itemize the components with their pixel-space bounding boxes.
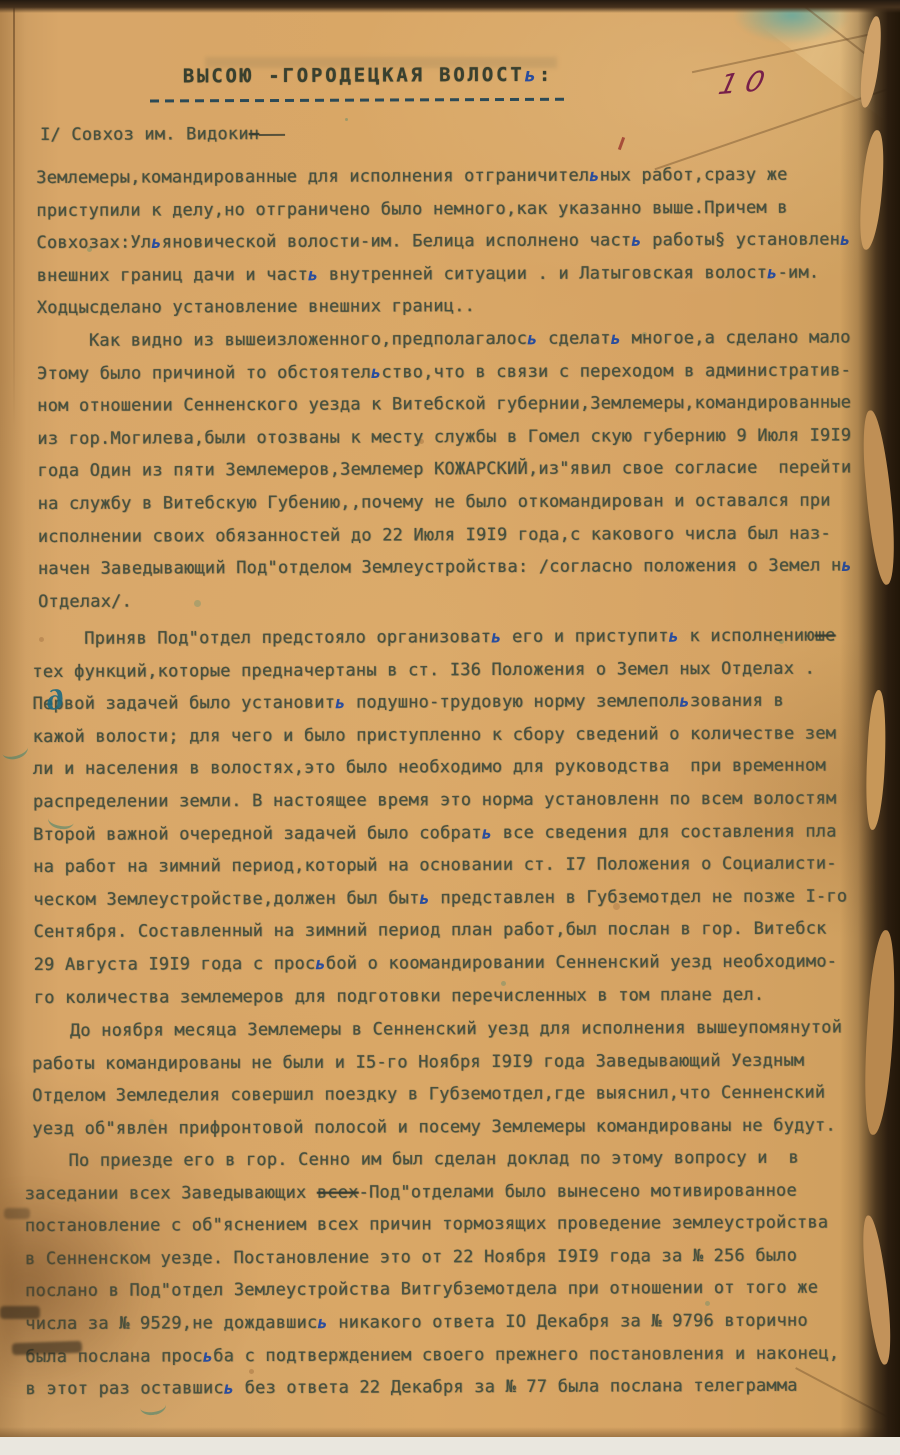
paper-scrap [863,690,888,831]
paragraph-3: Приняв Под"отдел предстояло организовать… [32,619,848,1014]
text-line: ческом Землеустройстве,должен был быть п… [33,880,847,916]
text-line: на работ на зимний период,который на осн… [33,848,847,884]
item-heading: I/ Совхоз им. Видокин [40,118,259,152]
ink-smear [4,1208,30,1219]
text-line: 29 Августа I9I9 года с просьбой о кооман… [34,945,848,981]
torn-binding-edge [840,0,900,1437]
text-line: тех функций,которые предначертаны в ст. … [32,652,846,688]
ink-smear [12,1341,82,1355]
paper-scrap [856,129,888,250]
paragraph-2: Как видно из вышеизложенного,предполагал… [37,321,852,618]
text-line: До ноября месяца Землемеры в Сенненский … [32,1012,842,1048]
text-line: Отделах/. [38,582,852,618]
text-line: кажой волости; для чего и было приступле… [33,717,847,753]
text-line: из гор.Могилева,были отозваны к месту сл… [37,419,851,455]
left-fold-crease [13,0,15,430]
text-line: го количества землемеров для подготовки … [34,978,848,1014]
text-line: Совхозах:Ульяновической волости-им. Бели… [36,224,850,260]
scanner-background [0,1437,900,1455]
document-page: ВЫСОЮ -ГОРОДЕЦКАЯ ВОЛОСТь: I/ Совхоз им.… [0,0,900,1437]
text-segment: -Под"отделами было вынесено мотивированн… [359,1180,797,1202]
text-line: Как видно из вышеизложенного,предполагал… [37,321,851,357]
paragraph-1: Землемеры,командированные для исполнения… [36,158,851,325]
paper-scrap [860,929,900,1135]
text-line: начен Заведывающий Под"отделом Землеустр… [38,550,852,586]
text-line: Первой задачей было установить подушно-т… [32,685,846,721]
struck-text: ше [815,626,836,646]
text-line: ли и населения в волостях,это было необх… [33,750,847,786]
text-line: Второй важной очередной задачей было соб… [33,815,847,851]
text-line: на службу в Витебскую Губению,,почему не… [38,484,852,520]
paragraph-4: До ноября месяца Землемеры в Сенненский … [32,1012,843,1146]
text-line: Ходцысделано установление внешних границ… [37,289,851,325]
text-line: Отделом Земледелия совершил поездку в Гу… [32,1077,842,1113]
text-line: По приезде его в гор. Сенно им был сдела… [24,1142,838,1178]
text-line: распределении земли. В настоящее время э… [33,782,847,818]
paper-scrap [859,1214,895,1365]
text-line: уезд об"явлен прифронтовой полосой и пос… [32,1109,842,1145]
text-line: ном отношении Сенненского уезда к Витебс… [37,387,851,423]
title-dashed-underline [150,98,566,103]
text-line: Приняв Под"отдел предстояло организовать… [32,619,846,655]
page-title: ВЫСОЮ -ГОРОДЕЦКАЯ ВОЛОСТь: [183,64,553,88]
ink-smear [0,1306,40,1319]
struck-text: н [249,124,260,144]
paper-scrap [859,409,898,585]
text-line: Землемеры,командированные для исполнения… [36,158,850,194]
text-line: приступили к делу,но отграничено было не… [36,191,850,227]
text-line: исполнении своих обязанностей до 22 Июля… [38,517,852,553]
handwritten-page-number: 10 [715,64,776,101]
text-line: работы командированы не были и I5-го Ноя… [32,1044,842,1080]
text-line: Сентября. Составленный на зимний период … [33,913,847,949]
text-line: внешних границ дачи и часть внутренней с… [37,256,851,292]
text-segment: Приняв Под"отдел предстояло организовать… [84,626,815,649]
text-line: года Один из пяти Землемеров,Землемер КО… [37,452,851,488]
paper-scrap [857,15,886,108]
top-book-edge [0,0,900,13]
text-line: Этому было причиной то обстоятельство,чт… [37,354,851,390]
struck-text: всех [317,1182,359,1202]
item-heading-text: I/ Совхоз им. Видоки [40,124,249,145]
